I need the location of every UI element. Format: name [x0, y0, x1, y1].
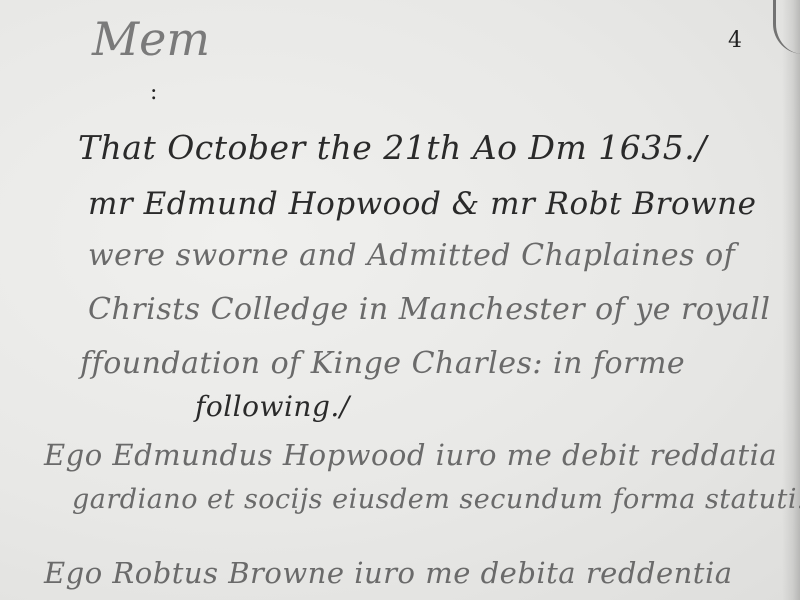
- text-line-2: mr Edmund Hopwood & mr Robt Browne: [88, 186, 756, 222]
- text-line-1: That October the 21th Ao Dm 1635./: [78, 128, 707, 167]
- margin-note: Mem: [92, 12, 210, 66]
- text-line-3: were sworne and Admitted Chaplaines of: [88, 238, 735, 273]
- text-line-7: Ego Edmundus Hopwood iuro me debit redda…: [44, 438, 777, 472]
- page-number: 4: [728, 28, 742, 53]
- text-line-6: following./: [195, 390, 350, 423]
- text-line-8: gardiano et socijs eiusdem secundum form…: [72, 484, 800, 515]
- text-line-9: Ego Robtus Browne iuro me debita reddent…: [44, 556, 733, 590]
- text-line-5: ffoundation of Kinge Charles: in forme: [80, 346, 685, 381]
- text-line-4: Christs Colledge in Manchester of ye roy…: [88, 292, 770, 327]
- manuscript-page: Mem : 4 That October the 21th Ao Dm 1635…: [0, 0, 800, 600]
- margin-mark: :: [150, 80, 157, 105]
- page-corner-curl: [773, 0, 800, 54]
